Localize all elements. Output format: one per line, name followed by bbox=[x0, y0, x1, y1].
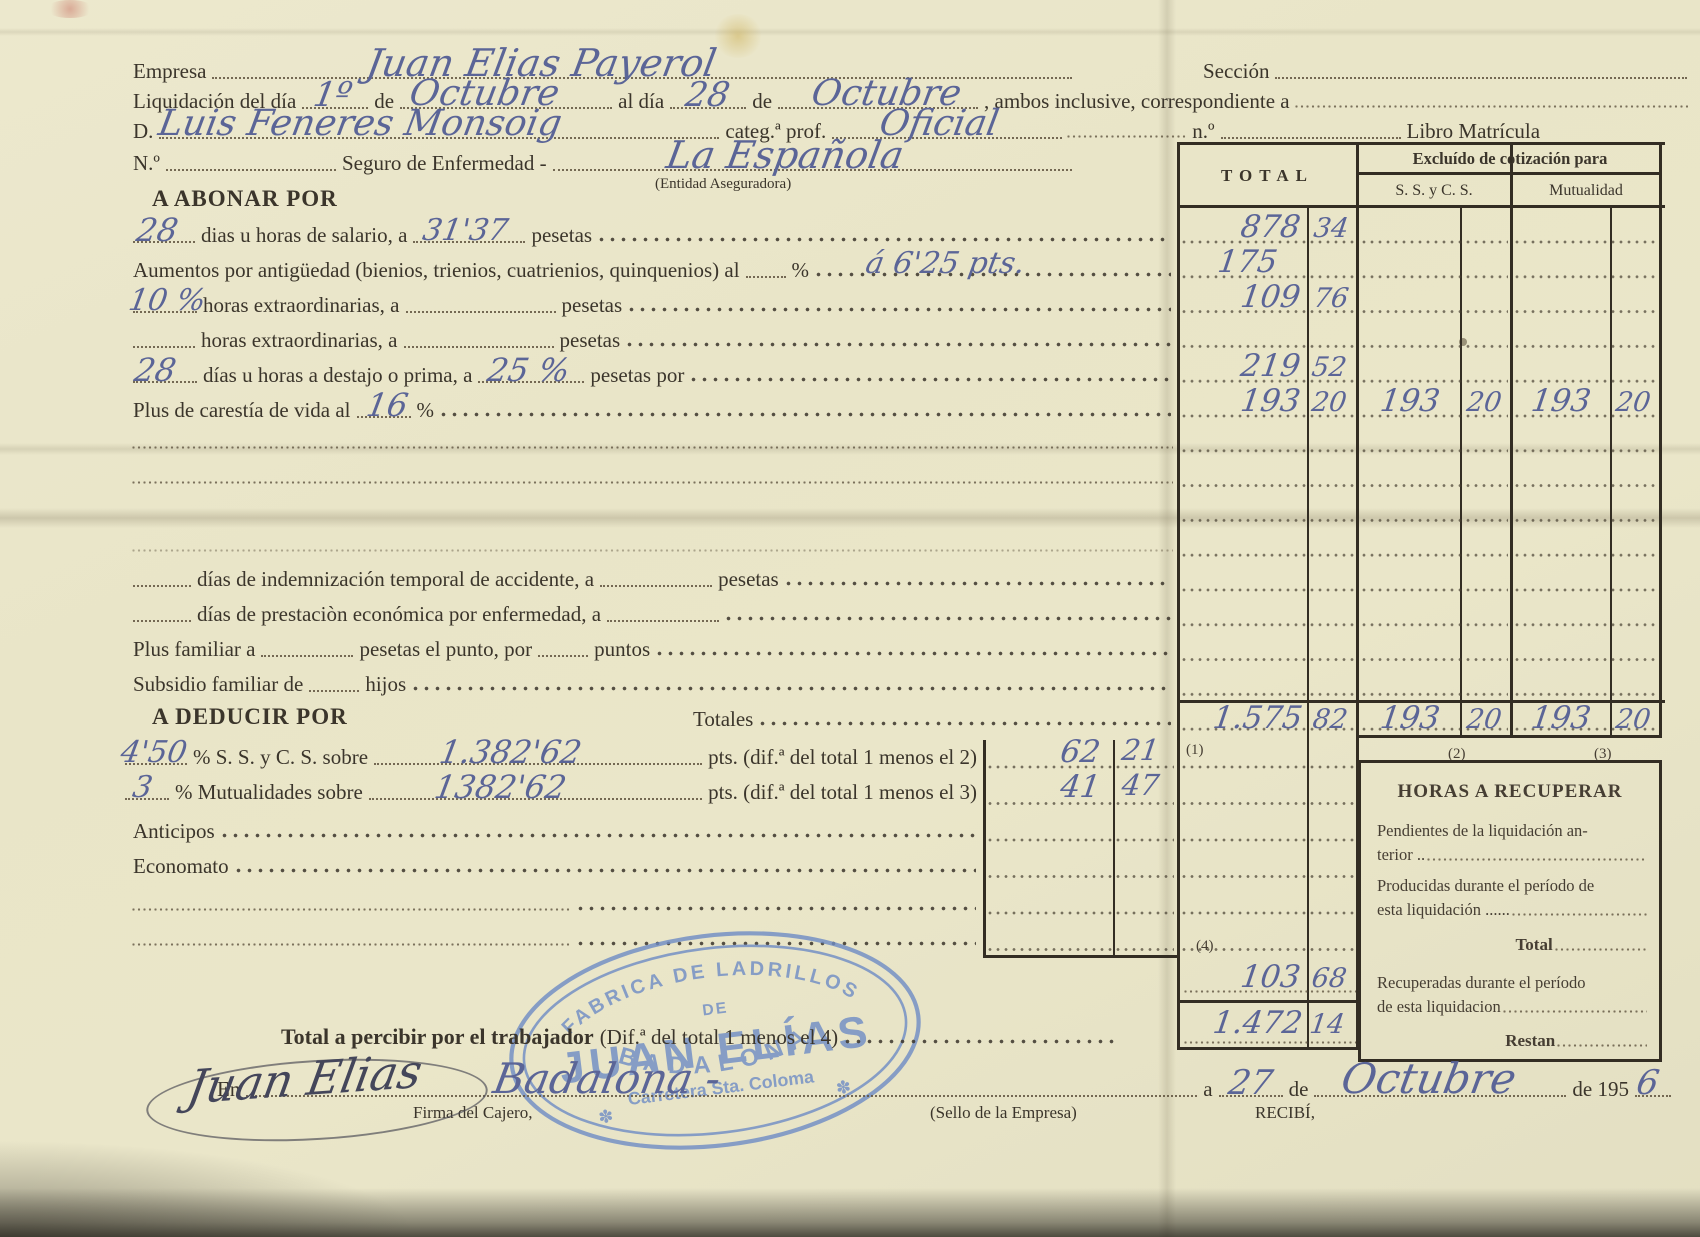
horas-producidas-text2: esta liquidación ...... bbox=[1377, 900, 1510, 920]
seguro-label: Seguro de Enfermedad - bbox=[342, 153, 547, 174]
value-carestia-mut-cents: 20 bbox=[1614, 389, 1652, 416]
abonar-row-salario: 28 dias u horas de salario, a 31'37 pese… bbox=[130, 208, 1175, 246]
totales-label: Totales bbox=[693, 709, 753, 730]
mut-base-field: 1382'62 bbox=[369, 798, 702, 800]
dotted-leader bbox=[786, 581, 1171, 586]
abonar-row-antiguedad: Aumentos por antigüedad (bienios, trieni… bbox=[130, 243, 1175, 281]
horas-total-label: Total bbox=[1516, 935, 1553, 955]
value-carestia-ss-cents: 20 bbox=[1465, 389, 1503, 416]
mut-note-label: pts. (dif.ª del total 1 menos el 3) bbox=[708, 782, 977, 803]
value-totales-ss: 193 bbox=[1364, 703, 1456, 734]
crease-line bbox=[0, 28, 1700, 36]
value-totales-ss-cents: 20 bbox=[1465, 706, 1503, 733]
numero-label: n.º bbox=[1192, 121, 1214, 142]
value-extra1-total: 109 bbox=[1193, 282, 1302, 313]
value-salario-total: 878 bbox=[1193, 212, 1302, 243]
day-handwritten: 27 bbox=[1226, 1066, 1275, 1100]
value-ss-deduction-cents: 21 bbox=[1120, 736, 1161, 765]
dotted-rule bbox=[132, 481, 1173, 484]
flower-ornament-icon: ✽ bbox=[597, 1106, 614, 1128]
abonar-row-destajo: 28 días u horas a destajo o prima, a 25 … bbox=[130, 348, 1175, 386]
horas-box-title: HORAS A RECUPERAR bbox=[1361, 781, 1659, 803]
dotted-leader bbox=[222, 833, 976, 838]
year-field: 6 bbox=[1635, 1095, 1671, 1097]
deducir-heading-wrap: A DEDUCIR POR bbox=[130, 704, 690, 730]
abonar-row-indemnizacion: días de indemnización temporal de accide… bbox=[130, 552, 1175, 590]
mut-pct-handwritten: 3 bbox=[130, 773, 154, 803]
horas-total-line: Total bbox=[1377, 935, 1649, 955]
economato-label: Economato bbox=[133, 856, 229, 877]
payroll-liquidation-form: Empresa Juan Elias Payerol Sección Liqui… bbox=[0, 0, 1700, 1237]
total-column-header: TOTAL bbox=[1177, 166, 1358, 186]
value-totales-cents: 82 bbox=[1311, 706, 1349, 733]
table-border bbox=[1659, 142, 1662, 738]
horas-producidas-line2: esta liquidación ...... bbox=[1377, 900, 1649, 920]
no-field bbox=[166, 169, 336, 171]
abonar-row-prestacion: días de prestaciòn económica por enferme… bbox=[130, 587, 1175, 625]
no-label: N.º bbox=[133, 153, 160, 174]
value-totales-mut: 193 bbox=[1516, 703, 1606, 734]
seguro-handwritten: La Española bbox=[664, 136, 907, 174]
value-antiguedad-total: 175 bbox=[1193, 247, 1302, 278]
table-border bbox=[1177, 205, 1665, 208]
month-field: Octubre bbox=[1314, 1095, 1566, 1097]
blank-row bbox=[130, 450, 1175, 488]
value-carestia-total: 193 bbox=[1188, 386, 1302, 417]
horas-pendientes-line2: terior .. bbox=[1377, 845, 1649, 865]
dotted-leader bbox=[599, 237, 1171, 242]
excluido-header: Excluído de cotización para bbox=[1358, 149, 1662, 169]
seguro-field: La Española bbox=[553, 169, 1072, 171]
value-totales-total: 1.575 bbox=[1180, 703, 1304, 734]
value-mut-deduction-cents: 47 bbox=[1120, 771, 1161, 800]
horas-pendientes-field bbox=[1427, 858, 1647, 861]
libro-matricula-label: Libro Matrícula bbox=[1407, 121, 1541, 142]
salario-qty-handwritten: 28 bbox=[134, 214, 180, 246]
numero-field bbox=[1221, 137, 1401, 139]
deducir-heading: A DEDUCIR POR bbox=[152, 704, 348, 729]
deducir-row-ss: 4'50 % S. S. y C. S. sobre 1.382'62 pts.… bbox=[122, 730, 980, 768]
de195-label: de 195 bbox=[1572, 1079, 1629, 1100]
recibi-label: RECIBÍ, bbox=[1255, 1103, 1315, 1123]
value-destajo-cents: 52 bbox=[1310, 354, 1348, 381]
table-row-dots bbox=[1182, 765, 1354, 955]
destajo-qty-handwritten: 28 bbox=[132, 354, 178, 386]
deducir-row-mutualidades: 3 % Mutualidades sobre 1382'62 pts. (dif… bbox=[122, 765, 980, 803]
extra1-pct-handwritten: 10 % bbox=[126, 286, 208, 316]
dotted-rule bbox=[132, 908, 572, 911]
ss-base-handwritten: 1.382'62 bbox=[437, 736, 584, 768]
totales-row: A DEDUCIR POR Totales bbox=[130, 692, 1175, 730]
blank-row bbox=[130, 415, 1175, 453]
table-border bbox=[983, 955, 1179, 958]
footnote-1: (1) bbox=[1186, 742, 1204, 759]
table-border bbox=[1177, 142, 1665, 145]
scan-edge-shadow bbox=[0, 1188, 1700, 1237]
horas-total-field bbox=[1555, 948, 1647, 951]
table-row-dots bbox=[1515, 240, 1657, 734]
value-mut-deduction: 41 bbox=[998, 772, 1102, 803]
value-totales-mut-cents: 20 bbox=[1614, 706, 1652, 733]
value-extra1-cents: 76 bbox=[1312, 285, 1350, 312]
value-destajo-total: 219 bbox=[1188, 351, 1302, 382]
footnote-4: (4) bbox=[1196, 938, 1214, 955]
table-border bbox=[1177, 1000, 1359, 1003]
entidad-aseguradora-label: (Entidad Aseguradora) bbox=[655, 176, 791, 193]
dotted-leader bbox=[760, 721, 1171, 726]
paper-stain bbox=[46, 0, 94, 18]
horas-pendientes-text: Pendientes de la liquidación an- bbox=[1377, 821, 1588, 841]
dotted-leader bbox=[726, 616, 1171, 621]
horas-recuperadas-line1: Recuperadas durante el período bbox=[1377, 973, 1649, 993]
value-carestia-cents: 20 bbox=[1310, 389, 1348, 416]
total-percibir-label-bold: Total a percibir por el trabajador bbox=[281, 1026, 594, 1048]
salario-rate-handwritten: 31'37 bbox=[421, 216, 511, 246]
antiguedad-note-handwritten: á 6'25 pts. bbox=[863, 249, 1027, 279]
abonar-row-plus-familiar: Plus familiar a pesetas el punto, por pu… bbox=[130, 622, 1175, 660]
dotted-leader bbox=[413, 686, 1171, 691]
value-ss-deduction: 62 bbox=[998, 737, 1102, 768]
dotted-leader: á 6'25 pts. bbox=[816, 272, 1171, 277]
dotted-leader bbox=[691, 377, 1171, 382]
deducir-row-economato: Economato bbox=[130, 839, 980, 877]
month-handwritten: Octubre bbox=[1339, 1058, 1520, 1100]
mutualidad-column-header: Mutualidad bbox=[1512, 182, 1660, 200]
ss-column-header: S. S. y C. S. bbox=[1358, 182, 1510, 200]
horas-producidas-line1: Producidas durante el período de bbox=[1377, 876, 1649, 896]
dotted-rule bbox=[132, 446, 1173, 449]
abonar-row-subsidio: Subsidio familiar de hijos bbox=[130, 657, 1175, 695]
dotted-leader bbox=[236, 868, 976, 873]
blank-row bbox=[130, 518, 1175, 556]
table-border bbox=[1510, 142, 1513, 738]
value-deductions-total: 103 bbox=[1188, 962, 1302, 993]
ss-pct-handwritten: 4'50 bbox=[118, 738, 189, 768]
table-row-dots bbox=[1362, 240, 1508, 734]
mut-base-handwritten: 1382'62 bbox=[433, 771, 570, 803]
horas-pendientes-line1: Pendientes de la liquidación an- bbox=[1377, 821, 1649, 841]
abonar-row-extra2: horas extraordinarias, a pesetas bbox=[130, 313, 1175, 351]
mut-label: % Mutualidades sobre bbox=[175, 782, 363, 803]
scan-edge-shadow bbox=[0, 1140, 420, 1237]
dotted-gap bbox=[1067, 135, 1187, 138]
mut-pct-field: 3 bbox=[125, 798, 169, 800]
a-label: a bbox=[1203, 1079, 1212, 1100]
destajo-rate-handwritten: 25 % bbox=[486, 354, 573, 386]
total-percibir-row: Total a percibir por el trabajador (Dif.… bbox=[278, 1010, 1674, 1048]
abonar-row-extra1: 10 % horas extraordinarias, a pesetas bbox=[130, 278, 1175, 316]
dotted-leader bbox=[845, 1039, 1115, 1044]
table-border bbox=[1177, 142, 1180, 1050]
day-field: 27 bbox=[1219, 1095, 1283, 1097]
dotted-leader bbox=[657, 651, 1171, 656]
horas-recuperadas-text: Recuperadas durante el período bbox=[1377, 973, 1585, 993]
dotted-leader bbox=[629, 307, 1171, 312]
horas-producidas-field bbox=[1512, 913, 1647, 916]
dotted-leader bbox=[627, 342, 1171, 347]
year-handwritten: 6 bbox=[1634, 1066, 1662, 1100]
value-carestia-mut: 193 bbox=[1516, 386, 1606, 417]
dotted-rule bbox=[132, 943, 572, 946]
sello-empresa-label: (Sello de la Empresa) bbox=[930, 1103, 1077, 1123]
value-deductions-total-cents: 68 bbox=[1310, 965, 1348, 992]
total-percibir-label: (Dif.ª del total 1 menos el 4) bbox=[600, 1027, 839, 1048]
horas-producidas-text: Producidas durante el período de bbox=[1377, 876, 1594, 896]
de-label: de bbox=[1289, 1079, 1309, 1100]
deducir-row-anticipos: Anticipos bbox=[130, 804, 980, 842]
value-carestia-ss: 193 bbox=[1364, 386, 1456, 417]
table-border bbox=[1113, 740, 1115, 957]
table-border bbox=[983, 740, 986, 957]
horas-pendientes-text2: terior .. bbox=[1377, 845, 1425, 865]
form-line-seguro: N.º Seguro de Enfermedad - La Española bbox=[130, 136, 1075, 174]
value-salario-cents: 34 bbox=[1312, 215, 1350, 242]
dotted-leader bbox=[578, 906, 976, 911]
place-handwritten: Badalona - bbox=[490, 1058, 724, 1100]
